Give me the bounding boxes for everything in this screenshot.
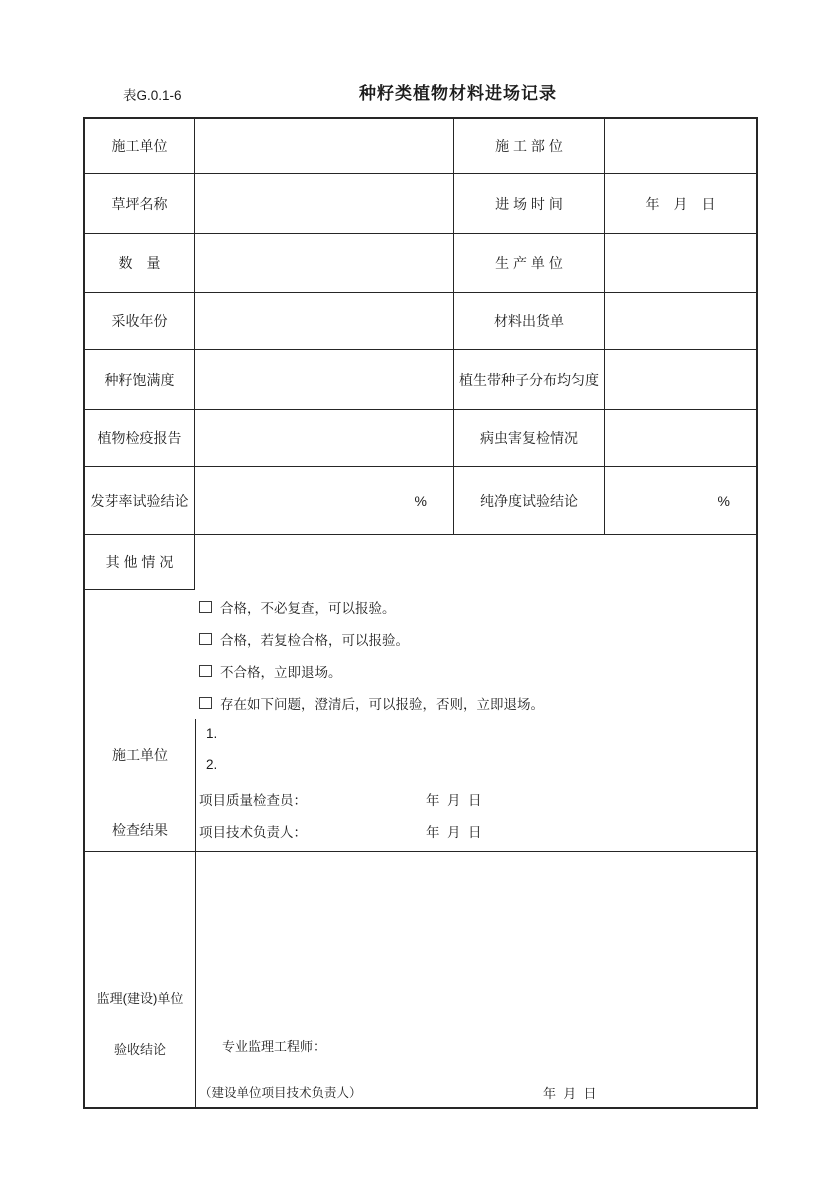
construction-part-label: 施 工 部 位 <box>454 119 605 173</box>
quality-inspector-label: 项目质量检查员： <box>199 789 307 809</box>
acceptance-date: 年 月 日 <box>543 1083 596 1102</box>
other-info-label: 其 他 情 况 <box>85 535 195 590</box>
technical-director-date: 年 月 日 <box>426 821 482 841</box>
purity-test-label: 纯净度试验结论 <box>454 467 605 534</box>
quality-inspector-date: 年 月 日 <box>426 789 482 809</box>
shipping-note-value-cell[interactable] <box>605 293 756 349</box>
checkbox-option-label: 合格，若复检合格，可以报验。 <box>220 629 409 649</box>
checkbox-option-issues[interactable]: 存在如下问题，澄清后，可以报验，否则，立即退场。 <box>199 693 544 713</box>
entry-time-label: 进 场 时 间 <box>454 174 605 233</box>
supervision-engineer-label: 专业监理工程师： <box>222 1036 326 1055</box>
seed-plumpness-value-cell[interactable] <box>195 350 454 409</box>
table-row: 草坪名称 进 场 时 间 年 月 日 <box>85 174 756 234</box>
seed-distribution-label: 植生带种子分布均匀度 <box>454 350 605 409</box>
record-table: 施工单位 施 工 部 位 草坪名称 进 场 时 间 年 月 日 数 量 生 产 … <box>83 117 758 1109</box>
construction-unit-label: 施工单位 <box>85 119 195 173</box>
quantity-label: 数 量 <box>85 234 195 292</box>
table-row: 采收年份 材料出货单 <box>85 293 756 350</box>
inspection-label-line1: 施工单位 <box>85 743 195 768</box>
construction-part-value-cell[interactable] <box>605 119 756 173</box>
checkbox-option-label: 合格，不必复查，可以报验。 <box>220 597 396 617</box>
table-row: 发芽率试验结论 % 纯净度试验结论 % <box>85 467 756 535</box>
checkbox-option-label: 不合格，立即退场。 <box>220 661 342 681</box>
checkbox-icon[interactable] <box>199 633 212 645</box>
acceptance-section: 监理(建设)单位 验收结论 专业监理工程师： （建设单位项目技术负责人） 年 月… <box>85 852 756 1107</box>
checkbox-icon[interactable] <box>199 601 212 613</box>
page-title: 种籽类植物材料进场记录 <box>359 79 557 104</box>
harvest-year-value-cell[interactable] <box>195 293 454 349</box>
producer-value-cell[interactable] <box>605 234 756 292</box>
entry-time-value-cell[interactable]: 年 月 日 <box>605 174 756 233</box>
checkbox-option-label: 存在如下问题，澄清后，可以报验，否则，立即退场。 <box>220 693 544 713</box>
germination-test-label: 发芽率试验结论 <box>85 467 195 534</box>
checkbox-option-pass[interactable]: 合格，不必复查，可以报验。 <box>199 597 396 617</box>
checkbox-option-fail[interactable]: 不合格，立即退场。 <box>199 661 342 681</box>
table-row: 施工单位 施 工 部 位 <box>85 119 756 174</box>
issue-item-1[interactable]: 1. <box>206 726 217 741</box>
quantity-value-cell[interactable] <box>195 234 454 292</box>
table-row: 植物检疫报告 病虫害复检情况 <box>85 410 756 467</box>
quarantine-report-value-cell[interactable] <box>195 410 454 466</box>
acceptance-label-line1: 监理(建设)单位 <box>85 990 195 1007</box>
lawn-name-label: 草坪名称 <box>85 174 195 233</box>
other-info-value-cell[interactable] <box>195 535 756 590</box>
form-sheet: 表G.0.1-6 种籽类植物材料进场记录 施工单位 施 工 部 位 草坪名称 进… <box>0 0 838 1186</box>
issue-item-2[interactable]: 2. <box>206 757 217 772</box>
seed-plumpness-label: 种籽饱满度 <box>85 350 195 409</box>
checkbox-icon[interactable] <box>199 697 212 709</box>
purity-test-value-cell[interactable]: % <box>605 467 756 534</box>
form-code: 表G.0.1-6 <box>123 84 182 104</box>
checkbox-option-pass-if-recheck[interactable]: 合格，若复检合格，可以报验。 <box>199 629 409 649</box>
acceptance-label-line2: 验收结论 <box>85 1041 195 1058</box>
issue-list-block: 1. 2. 项目质量检查员： 年 月 日 项目技术负责人： 年 月 日 <box>195 719 756 851</box>
pest-recheck-value-cell[interactable] <box>605 410 756 466</box>
checkbox-icon[interactable] <box>199 665 212 677</box>
inspection-label-line2: 检查结果 <box>85 818 195 843</box>
table-row: 数 量 生 产 单 位 <box>85 234 756 293</box>
technical-director-label: 项目技术负责人： <box>199 821 307 841</box>
pest-recheck-label: 病虫害复检情况 <box>454 410 605 466</box>
table-row: 其 他 情 况 <box>85 535 756 590</box>
harvest-year-label: 采收年份 <box>85 293 195 349</box>
quarantine-report-label: 植物检疫报告 <box>85 410 195 466</box>
germination-test-value-cell[interactable]: % <box>195 467 454 534</box>
acceptance-divider <box>195 852 196 1107</box>
acceptance-section-label: 监理(建设)单位 验收结论 <box>85 956 195 1092</box>
inspection-result-section: 施工单位 检查结果 合格，不必复查，可以报验。 合格，若复检合格，可以报验。 不… <box>85 590 756 852</box>
table-row: 种籽饱满度 植生带种子分布均匀度 <box>85 350 756 410</box>
construction-unit-value-cell[interactable] <box>195 119 454 173</box>
producer-label: 生 产 单 位 <box>454 234 605 292</box>
lawn-name-value-cell[interactable] <box>195 174 454 233</box>
shipping-note-label: 材料出货单 <box>454 293 605 349</box>
builder-representative-label: （建设单位项目技术负责人） <box>199 1083 362 1101</box>
seed-distribution-value-cell[interactable] <box>605 350 756 409</box>
